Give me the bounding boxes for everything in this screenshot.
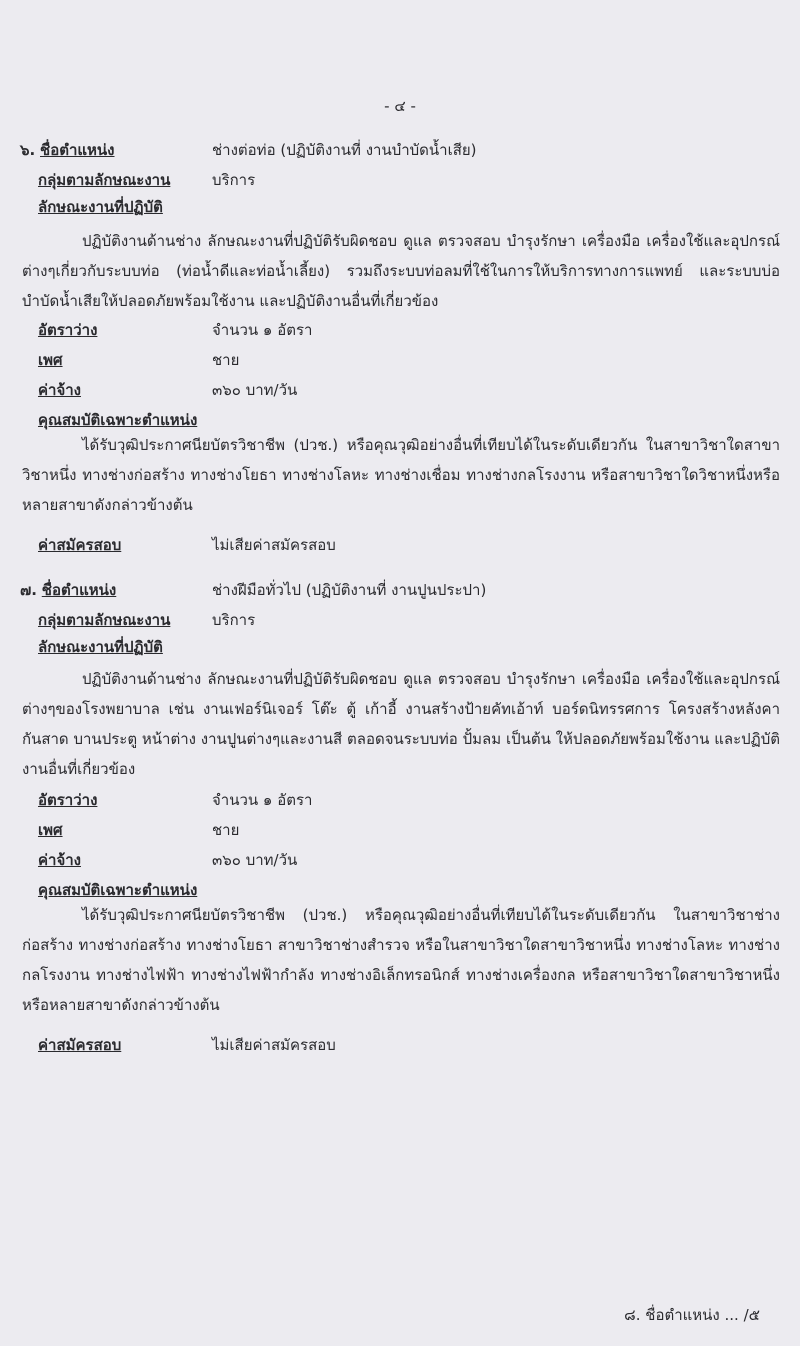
vacancy-label: อัตราว่าง — [38, 790, 97, 810]
group-value: บริการ — [212, 610, 255, 630]
qualification-text: ได้รับวุฒิประกาศนียบัตรวิชาชีพ (ปวช.) หร… — [22, 430, 780, 520]
vacancy-value: จำนวน ๑ อัตรา — [212, 320, 312, 340]
vacancy-label: อัตราว่าง — [38, 320, 97, 340]
group-value: บริการ — [212, 170, 255, 190]
document-page: - ๔ - ๖. ชื่อตำแหน่ง ช่างต่อท่อ (ปฏิบัติ… — [0, 0, 800, 1346]
position-number: ๗. — [20, 581, 37, 599]
duty-label: ลักษณะงานที่ปฏิบัติ — [38, 197, 163, 217]
vacancy-value: จำนวน ๑ อัตรา — [212, 790, 312, 810]
page-number: - ๔ - — [0, 94, 800, 118]
qualification-label: คุณสมบัติเฉพาะตำแหน่ง — [38, 880, 197, 900]
qualification-text: ได้รับวุฒิประกาศนียบัตรวิชาชีพ (ปวช.) หร… — [22, 900, 780, 1020]
sex-label: เพศ — [38, 350, 63, 370]
duty-label: ลักษณะงานที่ปฏิบัติ — [38, 637, 163, 657]
sex-label: เพศ — [38, 820, 63, 840]
fee-value: ไม่เสียค่าสมัครสอบ — [212, 535, 336, 555]
wage-value: ๓๖๐ บาท/วัน — [212, 850, 297, 870]
qualification-label: คุณสมบัติเฉพาะตำแหน่ง — [38, 410, 197, 430]
duty-text: ปฏิบัติงานด้านช่าง ลักษณะงานที่ปฏิบัติรั… — [22, 226, 780, 316]
group-label: กลุ่มตามลักษณะงาน — [38, 170, 170, 190]
sex-value: ชาย — [212, 350, 239, 370]
wage-label: ค่าจ้าง — [38, 850, 81, 870]
fee-value: ไม่เสียค่าสมัครสอบ — [212, 1035, 336, 1055]
fee-label: ค่าสมัครสอบ — [38, 1035, 121, 1055]
position-name-value: ช่างต่อท่อ (ปฏิบัติงานที่ งานบำบัดน้ำเสี… — [212, 140, 477, 160]
wage-value: ๓๖๐ บาท/วัน — [212, 380, 297, 400]
duty-text: ปฏิบัติงานด้านช่าง ลักษณะงานที่ปฏิบัติรั… — [22, 664, 780, 784]
continuation-footer: ๘. ชื่อตำแหน่ง ... /๕ — [624, 1303, 760, 1327]
group-label: กลุ่มตามลักษณะงาน — [38, 610, 170, 630]
sex-value: ชาย — [212, 820, 239, 840]
position-name-label: ชื่อตำแหน่ง — [40, 141, 115, 159]
fee-label: ค่าสมัครสอบ — [38, 535, 121, 555]
position-name-value: ช่างฝีมือทั่วไป (ปฏิบัติงานที่ งานปูนประ… — [212, 580, 486, 600]
wage-label: ค่าจ้าง — [38, 380, 81, 400]
position-number: ๖. — [20, 141, 35, 159]
position-name-label: ชื่อตำแหน่ง — [42, 581, 117, 599]
